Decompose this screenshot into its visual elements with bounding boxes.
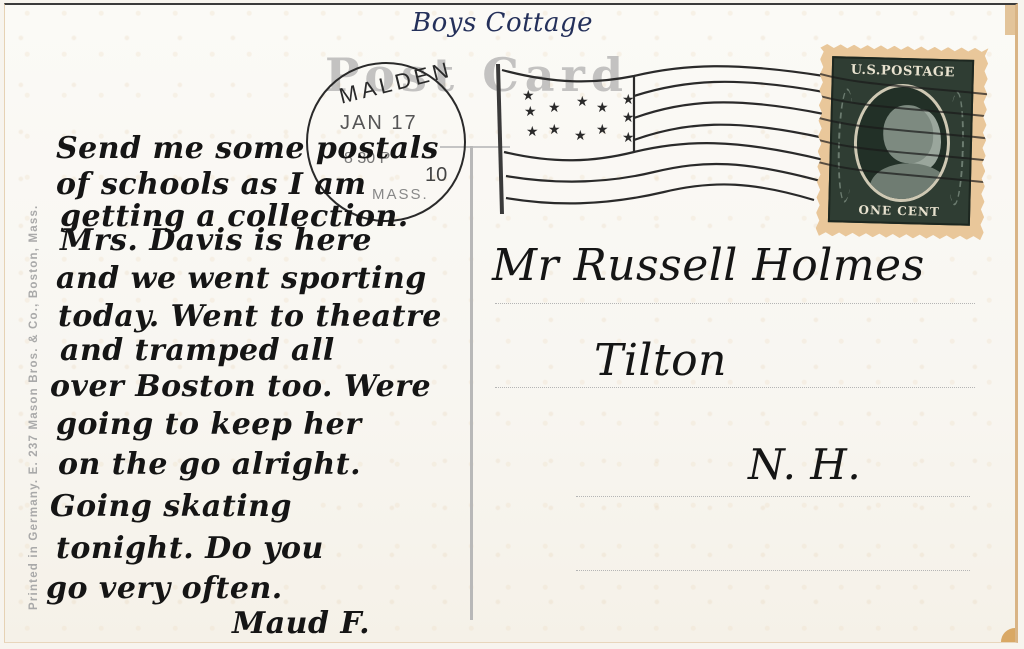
svg-text:★: ★ xyxy=(622,130,635,146)
recipient-name: Mr Russell Holmes xyxy=(492,240,925,291)
svg-text:★: ★ xyxy=(548,122,561,138)
recipient-town: Tilton xyxy=(594,335,727,386)
address-line xyxy=(495,387,975,388)
worn-corner xyxy=(1001,628,1015,642)
message-line: go very often. xyxy=(46,574,283,604)
postage-stamp: U.S.POSTAGE ONE CENT xyxy=(816,44,989,240)
message-line: Mrs. Davis is here xyxy=(60,226,372,256)
svg-text:★: ★ xyxy=(574,128,587,144)
address-line xyxy=(495,303,975,304)
publisher-imprint: Printed in Germany. E. 237 Mason Bros. &… xyxy=(28,205,40,610)
message-line: going to keep her xyxy=(56,410,362,440)
message-line: today. Went to theatre xyxy=(58,302,442,332)
svg-text:★: ★ xyxy=(596,122,609,138)
worn-edge xyxy=(1005,5,1015,35)
message-line: Going skating xyxy=(50,492,292,522)
top-note: Boys Cottage xyxy=(412,8,593,38)
svg-text:★: ★ xyxy=(596,100,609,116)
message-line: on the go alright. xyxy=(58,450,361,480)
cancel-lines-icon xyxy=(816,44,989,240)
svg-text:★: ★ xyxy=(524,104,537,120)
message-line: and we went sporting xyxy=(56,264,427,294)
message-line: tonight. Do you xyxy=(56,534,324,564)
signature: Maud F. xyxy=(232,606,370,641)
svg-text:★: ★ xyxy=(622,110,635,126)
recipient-state: N. H. xyxy=(748,440,861,489)
message-line: and tramped all xyxy=(60,336,335,366)
svg-text:★: ★ xyxy=(576,94,589,110)
svg-text:★: ★ xyxy=(548,100,561,116)
message-line: of schools as I am xyxy=(56,170,367,200)
address-line xyxy=(576,496,970,497)
message-line: Send me some postals xyxy=(56,134,439,164)
address-line xyxy=(576,570,970,571)
flag-cancel-icon: ★★★ ★★★★ ★★★★★ xyxy=(494,60,824,220)
message-line: over Boston too. Were xyxy=(50,372,431,402)
svg-text:★: ★ xyxy=(522,88,535,104)
postmark-hour: 10 xyxy=(425,164,447,187)
svg-text:★: ★ xyxy=(622,92,635,108)
divider-line xyxy=(470,146,473,620)
svg-text:★: ★ xyxy=(526,124,539,140)
